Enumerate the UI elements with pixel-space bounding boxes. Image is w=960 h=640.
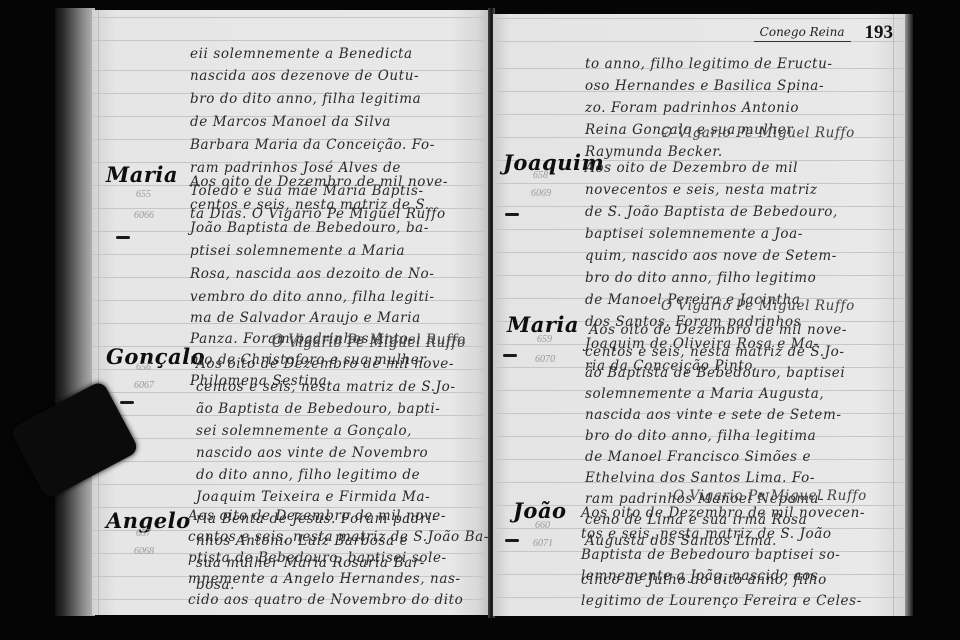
text-line: novecentos e seis, nesta matriz — [585, 182, 818, 198]
text-line: oso Hernandes e Basilica Spina- — [585, 78, 824, 94]
entry-name-maria: Maria — [106, 162, 178, 187]
text-line: tos e seis, nesta matriz de S. João — [581, 526, 832, 542]
text-line: solemnemente a Maria Augusta, — [585, 386, 824, 402]
entry-register-number: 6071 — [533, 538, 553, 549]
text-line: mnemente a Angelo Hernandes, nas- — [188, 571, 461, 587]
entry-register-number: 6067 — [134, 380, 154, 391]
text-line: bro do dito anno, filha legitima — [190, 91, 421, 107]
vicar-signature: O Vigario Pe Miguel Ruffo — [673, 488, 867, 504]
text-line: cido aos quatro de Novembro do dito — [188, 592, 463, 608]
text-line: Aos oito de Dezembro de mil nove- — [589, 322, 847, 338]
text-line: baptisei solemnemente a Joa- — [585, 226, 803, 242]
text-line: Ethelvina dos Santos Lima. Fo- — [585, 470, 815, 486]
text-line: vembro do dito anno, filha legiti- — [190, 289, 435, 305]
text-line: Aos oito de Dezembro de mil nove- — [196, 356, 454, 372]
margin-mark — [505, 213, 519, 216]
text-line: nascido aos vinte de Novembro — [196, 445, 428, 461]
text-line: Aos oito de Dezembro de mil novecen- — [581, 505, 865, 521]
text-line: eii solemnemente a Benedicta — [190, 46, 413, 62]
text-line: centos e seis, nesta matriz de S.Jo- — [585, 344, 845, 360]
text-line: nascida aos dezenove de Outu- — [190, 68, 419, 84]
text-line: de Marcos Manoel da Silva — [190, 114, 391, 130]
text-line: bro do dito anno, filho legitimo — [585, 270, 816, 286]
entry-register-number: 6069 — [531, 188, 551, 199]
text-line: cinco de Julho do dito anno, filho — [581, 572, 827, 588]
text-line: bro do dito anno, filha legitima — [585, 428, 816, 444]
margin-mark — [120, 401, 134, 404]
margin-mark — [116, 236, 130, 239]
text-line: Aos oito de Dezembro de mil — [585, 160, 798, 176]
page-header: Conego Reina 193 — [754, 22, 893, 44]
text-line: legitimo de Lourenço Fereira e Celes- — [581, 593, 862, 609]
text-line: ão Baptista de Bebedouro, baptisei — [585, 365, 845, 381]
text-line: to anno, filho legitimo de Eructu- — [585, 56, 833, 72]
text-line: de S. João Baptista de Bebedouro, — [585, 204, 838, 220]
entry-number: 658 — [533, 170, 548, 181]
entry-number: 660 — [535, 520, 550, 531]
entry-number: 655 — [136, 189, 151, 200]
text-line: Baptista de Bebedouro baptisei so- — [581, 547, 840, 563]
right-page-final-lines: cinco de Julho do dito anno, filho legit… — [493, 568, 905, 616]
entry-register-number: 6066 — [134, 210, 154, 221]
text-line: centos e seis, nesta matriz de S.João Ba… — [188, 529, 488, 545]
vicar-signature: O Vigario Pe Miguel Ruffo — [661, 125, 855, 141]
text-line: sei solemnemente a Gonçalo, — [196, 423, 412, 439]
text-line: Aos oito de Dezembro de mil nove- — [188, 508, 446, 524]
text-line: ão Baptista de Bebedouro, bapti- — [196, 401, 440, 417]
text-line: ptista de Bebedouro, baptisei sole- — [188, 550, 447, 566]
vicar-signature: O Vigario Pe Miguel Ruffo — [272, 335, 466, 351]
text-line: ptisei solemnemente a Maria — [190, 243, 405, 259]
entry-number: 656 — [136, 362, 151, 373]
page-header-title: Conego Reina — [754, 25, 851, 42]
text-line: ma de Salvador Araujo e Maria — [190, 310, 421, 326]
text-line: do dito anno, filho legitimo de — [196, 467, 420, 483]
vicar-signature: O Vigario Pe Miguel Ruffo — [661, 298, 855, 314]
text-line: João Baptista de Bebedouro, ba- — [190, 220, 429, 236]
text-line: Rosa, nascida aos dezoito de No- — [190, 266, 434, 282]
text-line: Aos oito de Dezembro de mil nove- — [190, 174, 448, 190]
text-line: centos e seis, nesta matriz de S.Jo- — [196, 379, 456, 395]
left-page-lower-text: Aos oito de Dezembro de mil nove- centos… — [92, 505, 488, 615]
left-page-edge-stack — [55, 8, 95, 616]
text-line: centos e seis, nesta matriz de S. — [190, 197, 430, 213]
scanned-book-spread: eii solemnemente a Benedicta nascida aos… — [0, 0, 960, 640]
text-line: Raymunda Becker. — [585, 144, 723, 160]
text-line: quim, nascido aos nove de Setem- — [585, 248, 837, 264]
text-line: Joaquim Teixeira e Firmida Ma- — [196, 489, 430, 505]
text-line: zo. Foram padrinhos Antonio — [585, 100, 799, 116]
margin-mark — [505, 539, 519, 542]
page-number: 193 — [865, 22, 894, 44]
right-page-edge — [905, 14, 913, 616]
text-line: nascida aos vinte e sete de Setem- — [585, 407, 842, 423]
entry-name-goncalo: Gonçalo — [106, 344, 205, 369]
text-line: Barbara Maria da Conceição. Fo- — [190, 137, 435, 153]
text-line: de Manoel Francisco Simões e — [585, 449, 811, 465]
